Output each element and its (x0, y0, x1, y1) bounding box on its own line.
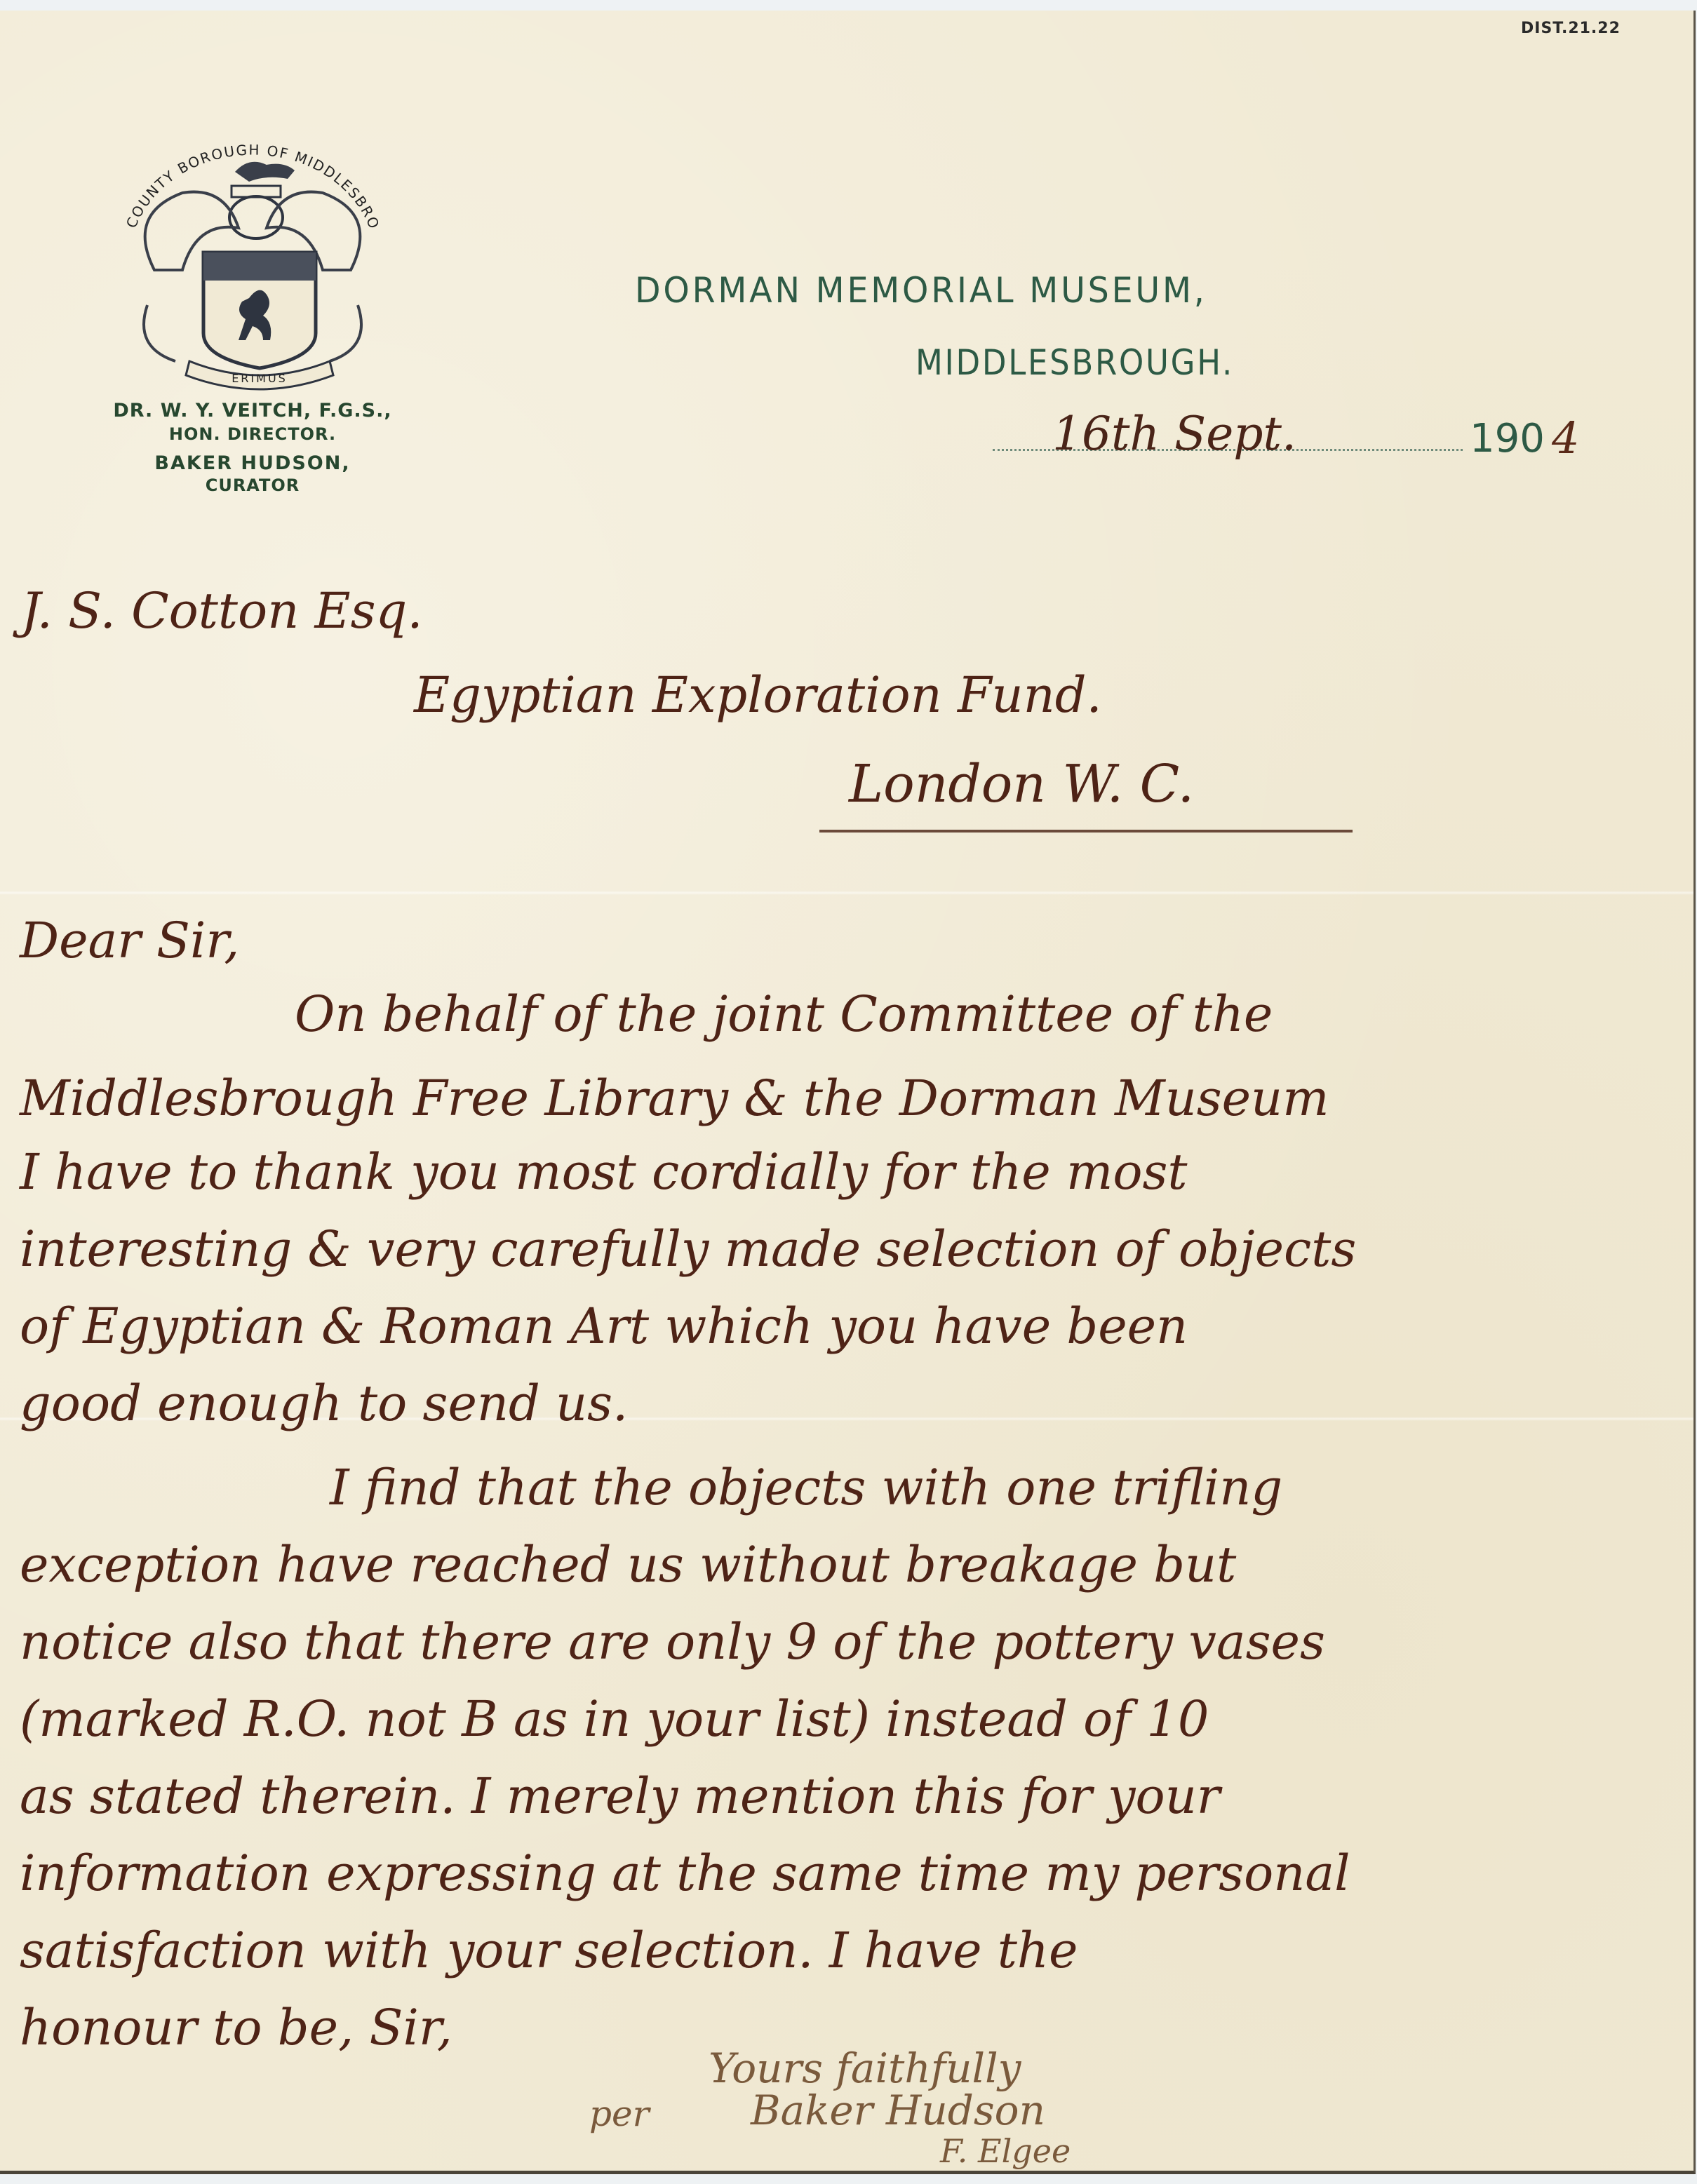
crest-arc-text: COUNTY BOROUGH OF MIDDLESBROUGH (105, 130, 383, 232)
year-printed: 190 (1470, 416, 1545, 461)
body-line: information expressing at the same time … (20, 1845, 1350, 1902)
body-line: good enough to send us. (20, 1375, 628, 1432)
date-handwritten: 16th Sept. (1052, 407, 1296, 461)
addressee-city: London W. C. (849, 754, 1194, 814)
signature-signed-by: F. Elgee (940, 2132, 1071, 2170)
body-line: interesting & very carefully made select… (20, 1220, 1356, 1278)
institution-name: DORMAN MEMORIAL MUSEUM, (635, 270, 1207, 311)
paper-fold (0, 891, 1693, 895)
addressee-name: J. S. Cotton Esq. (21, 582, 423, 640)
body-line: as stated therein. I merely mention this… (20, 1767, 1220, 1825)
body-line: On behalf of the joint Committee of the (295, 985, 1273, 1043)
body-line: exception have reached us without breaka… (20, 1536, 1236, 1593)
body-line: (marked R.O. not B as in your list) inst… (20, 1690, 1209, 1748)
crest-icon: COUNTY BOROUGH OF MIDDLESBROUGH ERIMUS (105, 130, 400, 396)
letterhead-officers: DR. W. Y. VEITCH, F.G.S., HON. DIRECTOR.… (70, 400, 435, 495)
coat-of-arms-crest: COUNTY BOROUGH OF MIDDLESBROUGH ERIMUS (105, 130, 400, 396)
closing: Yours faithfully (709, 2044, 1021, 2092)
body-line: I have to thank you most cordially for t… (20, 1143, 1188, 1201)
curator-name: BAKER HUDSON, (70, 452, 435, 474)
signature-name: Baker Hudson (751, 2087, 1045, 2134)
svg-text:COUNTY BOROUGH OF MIDDLESBROUG: COUNTY BOROUGH OF MIDDLESBROUGH (105, 130, 383, 232)
year-handwritten: 4 (1552, 412, 1579, 464)
director-name: DR. W. Y. VEITCH, F.G.S., (70, 400, 435, 422)
address-underline (819, 830, 1353, 833)
body-line: honour to be, Sir, (20, 1999, 452, 2056)
addressee-organization: Egyptian Exploration Fund. (414, 666, 1102, 724)
body-line: of Egyptian & Roman Art which you have b… (20, 1297, 1188, 1355)
salutation: Dear Sir, (20, 912, 239, 969)
director-title: HON. DIRECTOR. (70, 424, 435, 444)
crest-motto: ERIMUS (232, 372, 288, 385)
body-line: I find that the objects with one triflin… (330, 1459, 1282, 1516)
curator-title: CURATOR (70, 476, 435, 495)
body-line: satisfaction with your selection. I have… (20, 1922, 1078, 1979)
body-line: Middlesbrough Free Library & the Dorman … (20, 1070, 1329, 1127)
body-line: notice also that there are only 9 of the… (20, 1613, 1325, 1671)
institution-town: MIDDLESBROUGH. (915, 342, 1234, 383)
signature-per: per (589, 2094, 650, 2134)
archive-reference: DIST.21.22 (1521, 20, 1621, 37)
